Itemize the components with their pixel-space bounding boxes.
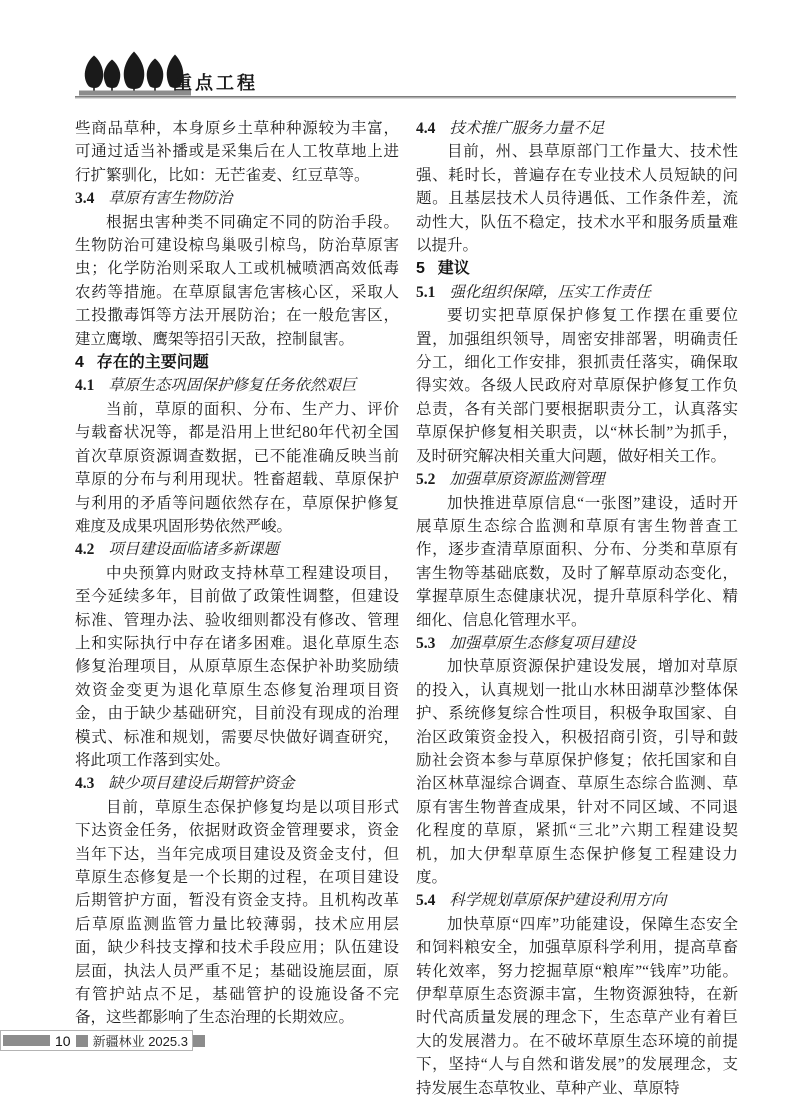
heading-title: 技术推广服务力量不足 (449, 120, 604, 137)
heading-title: 加强草原资源监测管理 (449, 471, 604, 488)
heading-number: 5.2 (416, 471, 435, 488)
page-footer: 10 新疆林业 2025.3 (0, 1030, 193, 1051)
heading-number: 5.1 (416, 284, 435, 301)
left-column: 些商品草种，本身原乡土草种种源较为丰富，可通过适当补播或是采集后在人工牧草地上进… (75, 117, 399, 1030)
subsection-heading: 4.3缺少项目建设后期管护资金 (75, 772, 399, 795)
heading-title: 草原生态巩固保护修复任务依然艰巨 (108, 377, 356, 394)
paragraph: 当前，草原的面积、分布、生产力、评价与载畜状况等，都是沿用上世纪80年代初全国首… (75, 398, 399, 538)
heading-title: 存在的主要问题 (97, 354, 209, 371)
heading-title: 项目建设面临诸多新课题 (108, 541, 279, 558)
subsection-heading: 5.4科学规划草原保护建设利用方向 (416, 889, 738, 912)
paragraph: 加快草原资源保护建设发展，增加对草原的投入，认真规划一批山水林田湖草沙整体保护、… (416, 655, 738, 889)
heading-number: 4 (75, 354, 84, 371)
paragraph: 加快草原“四库”功能建设，保障生态安全和饲料粮安全，加强草原科学利用，提高草畜转… (416, 913, 738, 1099)
heading-title: 草原有害生物防治 (108, 190, 232, 207)
footer-separator-square (193, 1035, 205, 1047)
right-column: 4.4技术推广服务力量不足目前，州、县草原部门工作量大、技术性强、耗时长，普遍存… (416, 117, 738, 1099)
paragraph: 目前，州、县草原部门工作量大、技术性强、耗时长，普遍存在专业技术人员短缺的问题。… (416, 140, 738, 257)
paragraph: 根据虫害种类不同确定不同的防治手段。生物防治可建设椋鸟巢吸引椋鸟，防治草原害虫；… (75, 211, 399, 351)
subsection-heading: 3.4草原有害生物防治 (75, 187, 399, 210)
subsection-heading: 4.2项目建设面临诸多新课题 (75, 538, 399, 561)
header-rule (75, 96, 736, 99)
journal-title: 新疆林业 2025.3 (93, 1031, 188, 1050)
subsection-heading: 5.3加强草原生态修复项目建设 (416, 632, 738, 655)
heading-title: 加强草原生态修复项目建设 (449, 635, 635, 652)
heading-number: 4.2 (75, 541, 94, 558)
heading-number: 5 (416, 260, 425, 277)
paragraph: 要切实把草原保护修复工作摆在重要位置，加强组织领导，周密安排部署，明确责任分工，… (416, 304, 738, 468)
section-label: 重点工程 (174, 69, 258, 95)
heading-number: 4.3 (75, 775, 94, 792)
paragraph: 目前，草原生态保护修复均是以项目形式下达资金任务，依据财政资金管理要求，资金当年… (75, 796, 399, 1030)
heading-number: 4.1 (75, 377, 94, 394)
subsection-heading: 4.4技术推广服务力量不足 (416, 117, 738, 140)
heading-title: 科学规划草原保护建设利用方向 (449, 892, 666, 909)
heading-number: 5.3 (416, 635, 435, 652)
subsection-heading: 5.1强化组织保障，压实工作责任 (416, 281, 738, 304)
paragraph: 加快推进草原信息“一张图”建设，适时开展草原生态综合监测和草原有害生物普查工作，… (416, 492, 738, 632)
footer-separator-square (76, 1035, 88, 1047)
paragraph: 些商品草种，本身原乡土草种种源较为丰富，可通过适当补播或是采集后在人工牧草地上进… (75, 117, 399, 187)
heading-title: 强化组织保障，压实工作责任 (449, 284, 651, 301)
heading-title: 缺少项目建设后期管护资金 (108, 775, 294, 792)
magazine-page: 重点工程 些商品草种，本身原乡土草种种源较为丰富，可通过适当补播或是采集后在人工… (0, 0, 805, 1099)
heading-number: 3.4 (75, 190, 94, 207)
section-heading: 4存在的主要问题 (75, 351, 399, 374)
paragraph: 中央预算内财政支持林草工程建设项目，至今延续多年，目前做了政策性调整，但建设标准… (75, 562, 399, 773)
heading-title: 建议 (438, 260, 470, 277)
footer-bar (3, 1035, 50, 1046)
section-heading: 5建议 (416, 257, 738, 280)
heading-number: 5.4 (416, 892, 435, 909)
heading-number: 4.4 (416, 120, 435, 137)
page-number: 10 (55, 1033, 71, 1049)
subsection-heading: 4.1草原生态巩固保护修复任务依然艰巨 (75, 374, 399, 397)
subsection-heading: 5.2加强草原资源监测管理 (416, 468, 738, 491)
